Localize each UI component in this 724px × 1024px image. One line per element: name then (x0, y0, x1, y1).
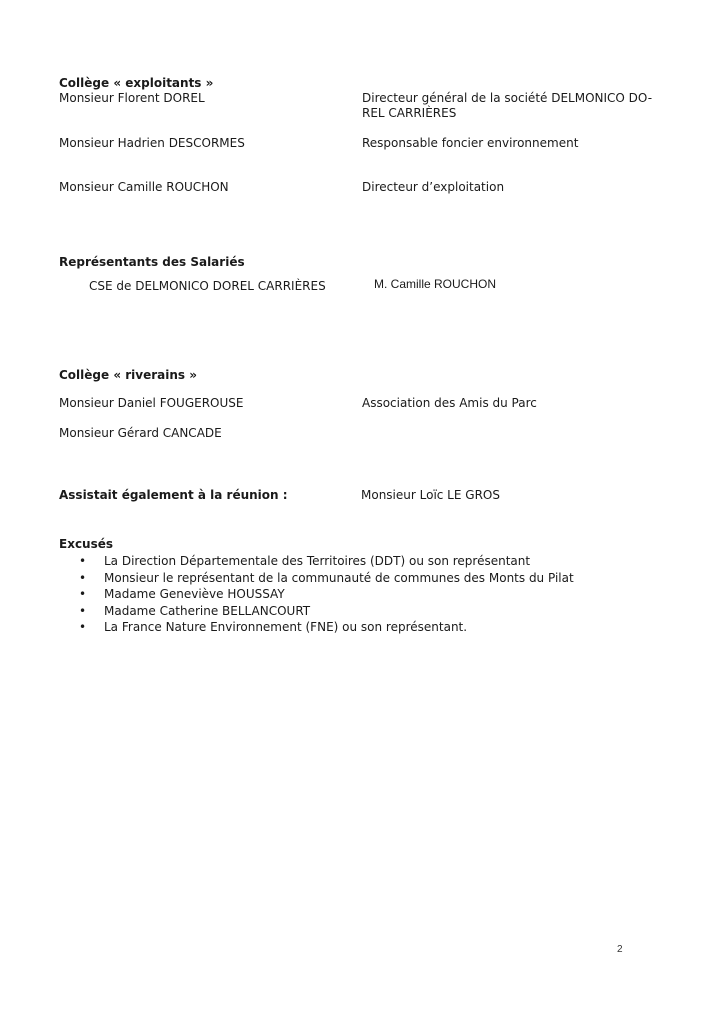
exploitants-heading: Collège « exploitants » (59, 76, 213, 90)
bullet-icon: • (79, 586, 86, 603)
salaries-org: CSE de DELMONICO DOREL CARRIÈRES (89, 279, 326, 293)
list-item: •La Direction Départementale des Territo… (60, 553, 574, 570)
assistait-person: Monsieur Loïc LE GROS (361, 488, 500, 502)
member-name: Monsieur Hadrien DESCORMES (59, 136, 245, 150)
bullet-icon: • (79, 603, 86, 620)
member-role: Directeur général de la société DELMONIC… (362, 91, 652, 105)
bullet-icon: • (79, 570, 86, 587)
bullet-icon: • (79, 553, 86, 570)
page-number: 2 (617, 944, 623, 955)
member-name: Monsieur Gérard CANCADE (59, 426, 222, 440)
bullet-icon: • (79, 619, 86, 636)
salaries-person: M. Camille ROUCHON (374, 277, 496, 291)
member-name: Monsieur Camille ROUCHON (59, 180, 229, 194)
member-role: Responsable foncier environnement (362, 136, 578, 150)
member-role: Directeur d’exploitation (362, 180, 504, 194)
list-item: •Monsieur le représentant de la communau… (60, 570, 574, 587)
list-item: •Madame Catherine BELLANCOURT (60, 603, 574, 620)
assistait-label: Assistait également à la réunion : (59, 488, 288, 502)
member-name: Monsieur Daniel FOUGEROUSE (59, 396, 243, 410)
member-role: Association des Amis du Parc (362, 396, 537, 410)
excuses-heading: Excusés (59, 537, 113, 551)
list-item: •Madame Geneviève HOUSSAY (60, 586, 574, 603)
excuses-list: •La Direction Départementale des Territo… (60, 553, 574, 636)
list-item: •La France Nature Environnement (FNE) ou… (60, 619, 574, 636)
salaries-heading: Représentants des Salariés (59, 255, 245, 269)
riverains-heading: Collège « riverains » (59, 368, 197, 382)
member-name: Monsieur Florent DOREL (59, 91, 205, 105)
member-role-continued: REL CARRIÈRES (362, 106, 456, 120)
